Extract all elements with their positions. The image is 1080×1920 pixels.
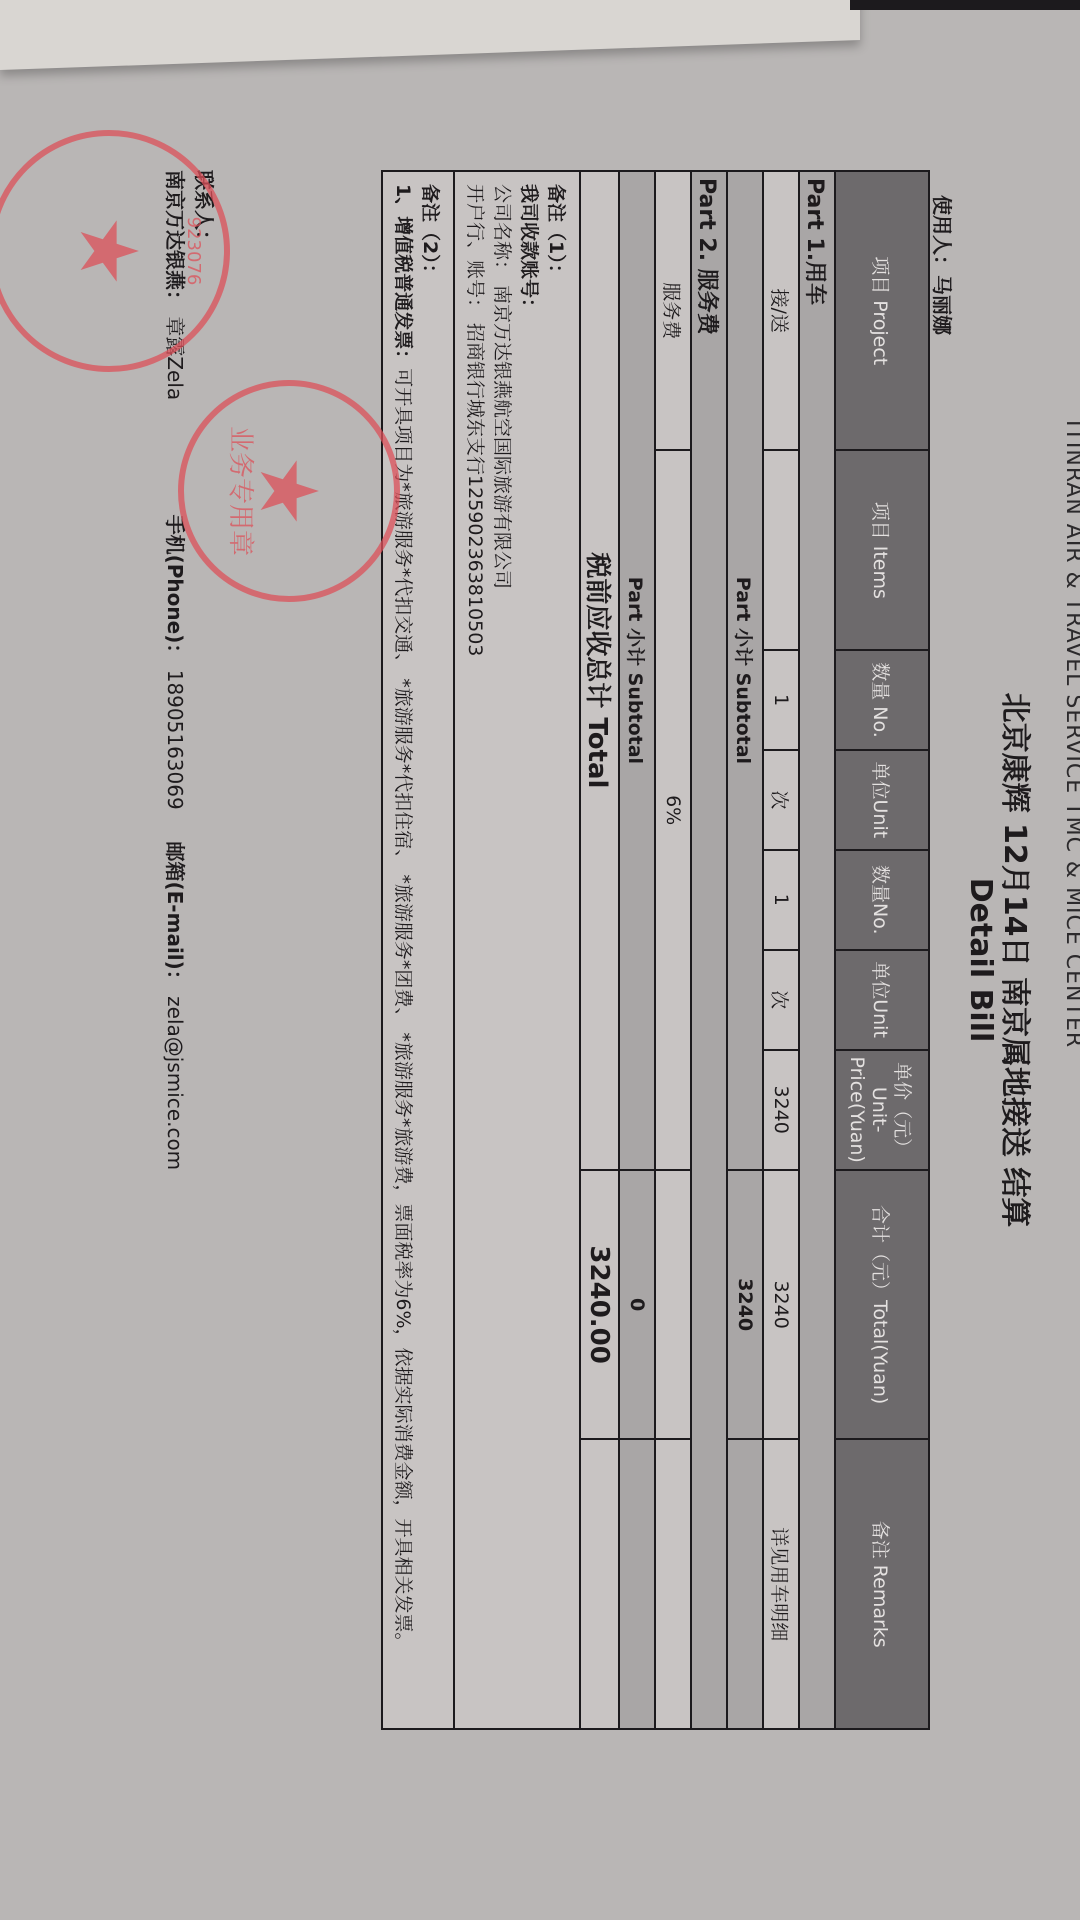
- column-header: 合计（元）Total(Yuan): [835, 1170, 929, 1440]
- section-row-part2: Part 2. 服务费: [691, 171, 727, 1729]
- cell-price: 3240: [763, 1050, 799, 1170]
- cell-project: 接/送: [763, 171, 799, 450]
- detail-bill-table: 项目 Project 项目 Items 数量 No. 单位Unit 数量No. …: [381, 170, 930, 1730]
- notes1-row: 备注（1）： 我司收款账号： 公司名称： 南京万达银燕航空国际旅游有限公司 开户…: [454, 171, 580, 1729]
- cell-unit2: 次: [763, 950, 799, 1050]
- subtotal-label: Part 小计 Subtotal: [727, 171, 763, 1170]
- email-value: zela@jsmice.com: [163, 996, 187, 1170]
- note2-title: 备注（2）：: [418, 184, 445, 1716]
- cell-qty2: 1: [763, 850, 799, 950]
- subtotal-label: Part 小计 Subtotal: [619, 171, 655, 1170]
- phone-label: 手机(Phone)：: [163, 515, 187, 664]
- column-header: 项目 Project: [835, 171, 929, 450]
- grand-total-value: 3240.00: [580, 1170, 619, 1440]
- subtotal-value: 0: [619, 1170, 655, 1440]
- subtotal-row-part1: Part 小计 Subtotal 3240: [727, 171, 763, 1729]
- cell-items: [763, 450, 799, 650]
- cell-total: [655, 1170, 691, 1440]
- column-header: 数量No.: [835, 850, 929, 950]
- note1-title: 备注（1）：: [544, 184, 571, 1716]
- notes2-row: 备注（2）： 1、增值税普通发票：可开具项目为*旅游服务*代扣交通、 *旅游服务…: [382, 171, 454, 1729]
- banner-partial: ITINRAN AIR & TRAVEL SERVICE TMC & MICE …: [1061, 420, 1080, 1048]
- note2-line: 1、增值税普通发票：可开具项目为*旅游服务*代扣交通、 *旅游服务*代扣住宿、 …: [391, 184, 418, 1716]
- subtotal-value: 3240: [727, 1170, 763, 1440]
- star-icon: ★: [63, 215, 156, 287]
- cell-total: 3240: [763, 1170, 799, 1440]
- column-header: 单价（元）Unit-Price(Yuan): [835, 1050, 929, 1170]
- email-label: 邮箱(E-mail)：: [163, 842, 187, 990]
- note1-bank: 开户行、账号： 招商银行城东支行125902363810503: [463, 184, 490, 1716]
- table-row: 服务费 6%: [655, 171, 691, 1729]
- phone-value: 18905163069: [163, 670, 187, 810]
- document-title: 北京康辉 12月14日 南京属地接送 结算: [996, 0, 1040, 1920]
- cell-rate: 6%: [655, 450, 691, 1169]
- subtotal-row-part2: Part 小计 Subtotal 0: [619, 171, 655, 1729]
- subtotal-remarks: [619, 1439, 655, 1729]
- cell-project: 服务费: [655, 171, 691, 450]
- section-label: Part 2. 服务费: [691, 171, 727, 1729]
- column-header: 单位Unit: [835, 950, 929, 1050]
- grand-total-row: 税前应收总计 Total 3240.00: [580, 171, 619, 1729]
- table-header-row: 项目 Project 项目 Items 数量 No. 单位Unit 数量No. …: [835, 171, 929, 1729]
- section-row-part1: Part 1.用车: [799, 171, 835, 1729]
- cell-qty: 1: [763, 650, 799, 750]
- note1-company: 公司名称： 南京万达银燕航空国际旅游有限公司: [490, 184, 517, 1716]
- subtotal-remarks: [727, 1439, 763, 1729]
- cell-remarks: [655, 1439, 691, 1729]
- grand-total-label: 税前应收总计 Total: [580, 171, 619, 1170]
- note1-account-label: 我司收款账号：: [517, 184, 544, 1716]
- column-header: 数量 No.: [835, 650, 929, 750]
- column-header: 单位Unit: [835, 750, 929, 850]
- user-label: 使用人：马丽娜: [929, 195, 958, 335]
- document-subtitle: Detail Bill: [963, 0, 998, 1920]
- column-header: 项目 Items: [835, 450, 929, 650]
- company-seal-stamp: ★ 业务专用章: [178, 380, 400, 602]
- section-label: Part 1.用车: [799, 171, 835, 1729]
- table-row: 接/送 1 次 1 次 3240 3240 详见用车明细: [763, 171, 799, 1729]
- column-header: 备注 Remarks: [835, 1439, 929, 1729]
- grand-total-remarks: [580, 1439, 619, 1729]
- bill-page: ITINRAN AIR & TRAVEL SERVICE TMC & MICE …: [0, 0, 1080, 1920]
- cell-unit: 次: [763, 750, 799, 850]
- cell-remarks: 详见用车明细: [763, 1439, 799, 1729]
